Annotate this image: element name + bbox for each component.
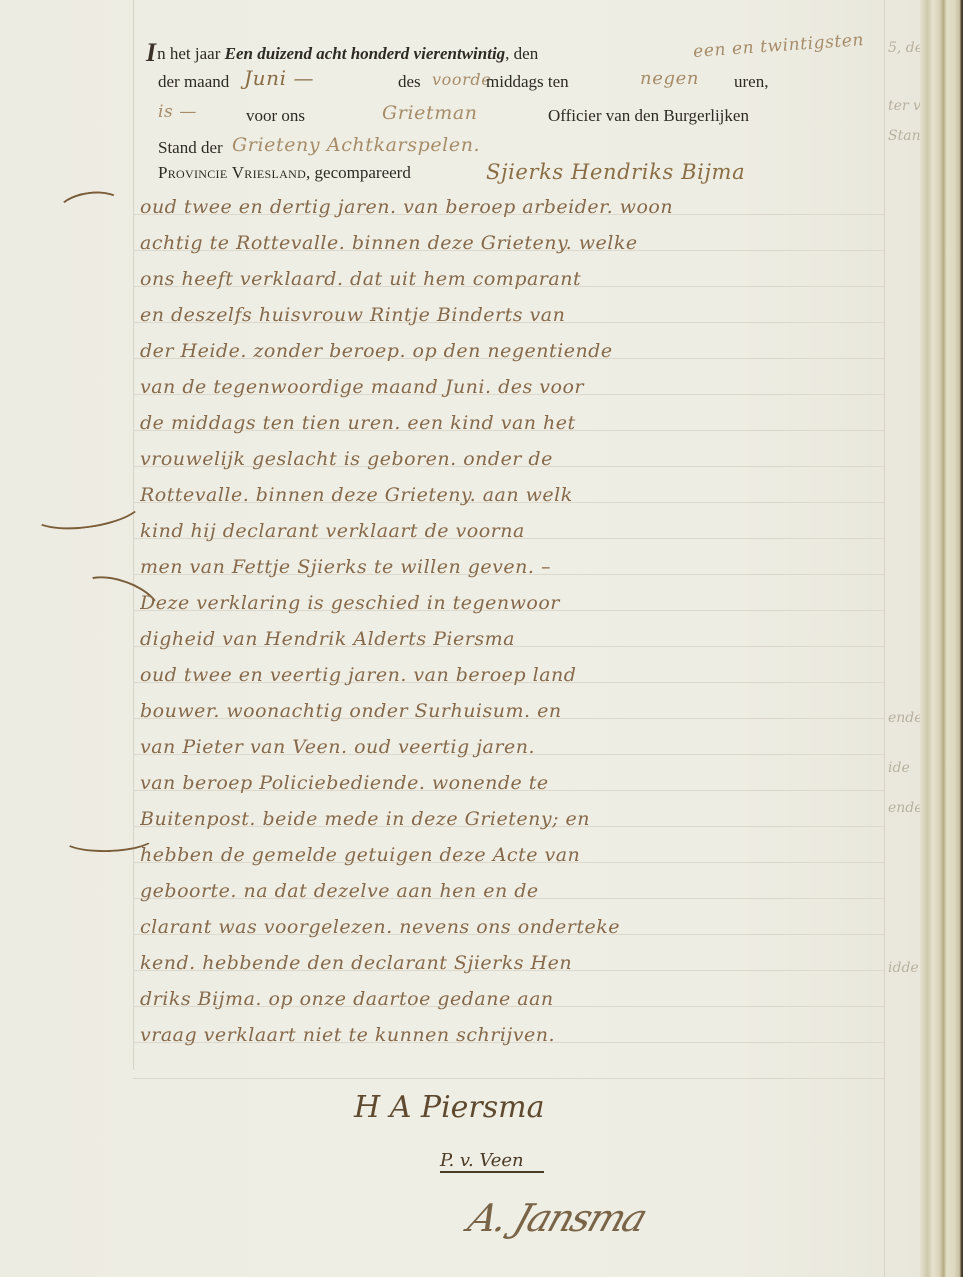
- body-line: Deze verklaring is geschied in tegenwoor: [140, 592, 880, 614]
- signature-official: A. Jansma: [463, 1196, 651, 1240]
- body-line: oud twee en dertig jaren. van beroep arb…: [140, 196, 880, 218]
- body-line: oud twee en veertig jaren. van beroep la…: [140, 664, 880, 686]
- header-line-5: Provincie Vriesland, gecompareerd: [158, 163, 411, 183]
- body-line: men van Fettje Sjierks te willen geven. …: [140, 556, 880, 578]
- bleed-through-text: ide: [888, 760, 910, 776]
- bleed-through-text: ende: [888, 800, 923, 816]
- body-line: bouwer. woonachtig onder Surhuisum. en: [140, 700, 880, 722]
- body-line: digheid van Hendrik Alderts Piersma: [140, 628, 880, 650]
- label-stand-der: Stand der: [158, 138, 223, 158]
- body-line: en deszelfs huisvrouw Rintje Binderts va…: [140, 304, 880, 326]
- body-line: kend. hebbende den declarant Sjierks Hen: [140, 952, 880, 974]
- body-line: vrouwelijk geslacht is geboren. onder de: [140, 448, 880, 470]
- header-line-1: In het jaar Een duizend acht honderd vie…: [146, 38, 538, 68]
- body-line: ons heeft verklaard. dat uit hem compara…: [140, 268, 880, 290]
- handwritten-municipality: Grieteny Achtkarspelen.: [232, 134, 480, 156]
- province-label: Provincie Vriesland: [158, 163, 306, 182]
- label-officier: Officier van den Burgerlijken: [548, 106, 749, 126]
- body-line: kind hij declarant verklaart de voorna: [140, 520, 880, 542]
- body-line: driks Bijma. op onze daartoe gedane aan: [140, 988, 880, 1010]
- book-gutter-edge: [920, 0, 963, 1277]
- handwritten-prefix: is —: [158, 102, 197, 122]
- body-line: clarant was voorgelezen. nevens ons onde…: [140, 916, 880, 938]
- label-der-maand: der maand: [158, 72, 229, 92]
- left-margin-line: [133, 0, 134, 1070]
- body-line: van Pieter van Veen. oud veertig jaren.: [140, 736, 880, 758]
- body-line: der Heide. zonder beroep. op den negenti…: [140, 340, 880, 362]
- handwritten-time-of-day: voorde: [432, 70, 491, 89]
- handwritten-declarant-name: Sjierks Hendriks Bijma: [486, 160, 745, 184]
- bleed-through-text: idde: [888, 960, 919, 976]
- bleed-through-text: ende: [888, 710, 923, 726]
- body-line: vraag verklaart niet te kunnen schrijven…: [140, 1024, 880, 1046]
- right-margin-line: [884, 0, 885, 1277]
- body-line: Rottevalle. binnen deze Grieteny. aan we…: [140, 484, 880, 506]
- label-middags-ten: middags ten: [486, 72, 569, 92]
- document-page: In het jaar Een duizend acht honderd vie…: [0, 0, 920, 1277]
- label-voor-ons: voor ons: [246, 106, 305, 126]
- handwritten-month: Juni —: [244, 66, 314, 90]
- drop-cap: I: [146, 38, 156, 67]
- body-line: van beroep Policiebediende. wonende te: [140, 772, 880, 794]
- body-line: geboorte. na dat dezelve aan hen en de: [140, 880, 880, 902]
- body-line: van de tegenwoordige maand Juni. des voo…: [140, 376, 880, 398]
- label-des: des: [398, 72, 421, 92]
- body-line: achtig te Rottevalle. binnen deze Griete…: [140, 232, 880, 254]
- label-uren: uren,: [734, 72, 768, 92]
- printed-year: Een duizend acht honderd vierentwintig: [225, 44, 506, 63]
- handwritten-day: een en twintigsten: [693, 30, 865, 62]
- signature-witness-2: P. v. Veen: [440, 1150, 544, 1173]
- body-line: hebben de gemelde getuigen deze Acte van: [140, 844, 880, 866]
- handwritten-official-title: Grietman: [382, 102, 478, 124]
- signature-witness-1: H A Piersma: [354, 1090, 545, 1125]
- ruled-line: [133, 1078, 885, 1079]
- margin-flourish: [56, 188, 124, 227]
- handwritten-hour: negen: [640, 68, 699, 89]
- margin-flourish: [28, 480, 146, 535]
- body-line: Buitenpost. beide mede in deze Grieteny;…: [140, 808, 880, 830]
- body-line: de middags ten tien uren. een kind van h…: [140, 412, 880, 434]
